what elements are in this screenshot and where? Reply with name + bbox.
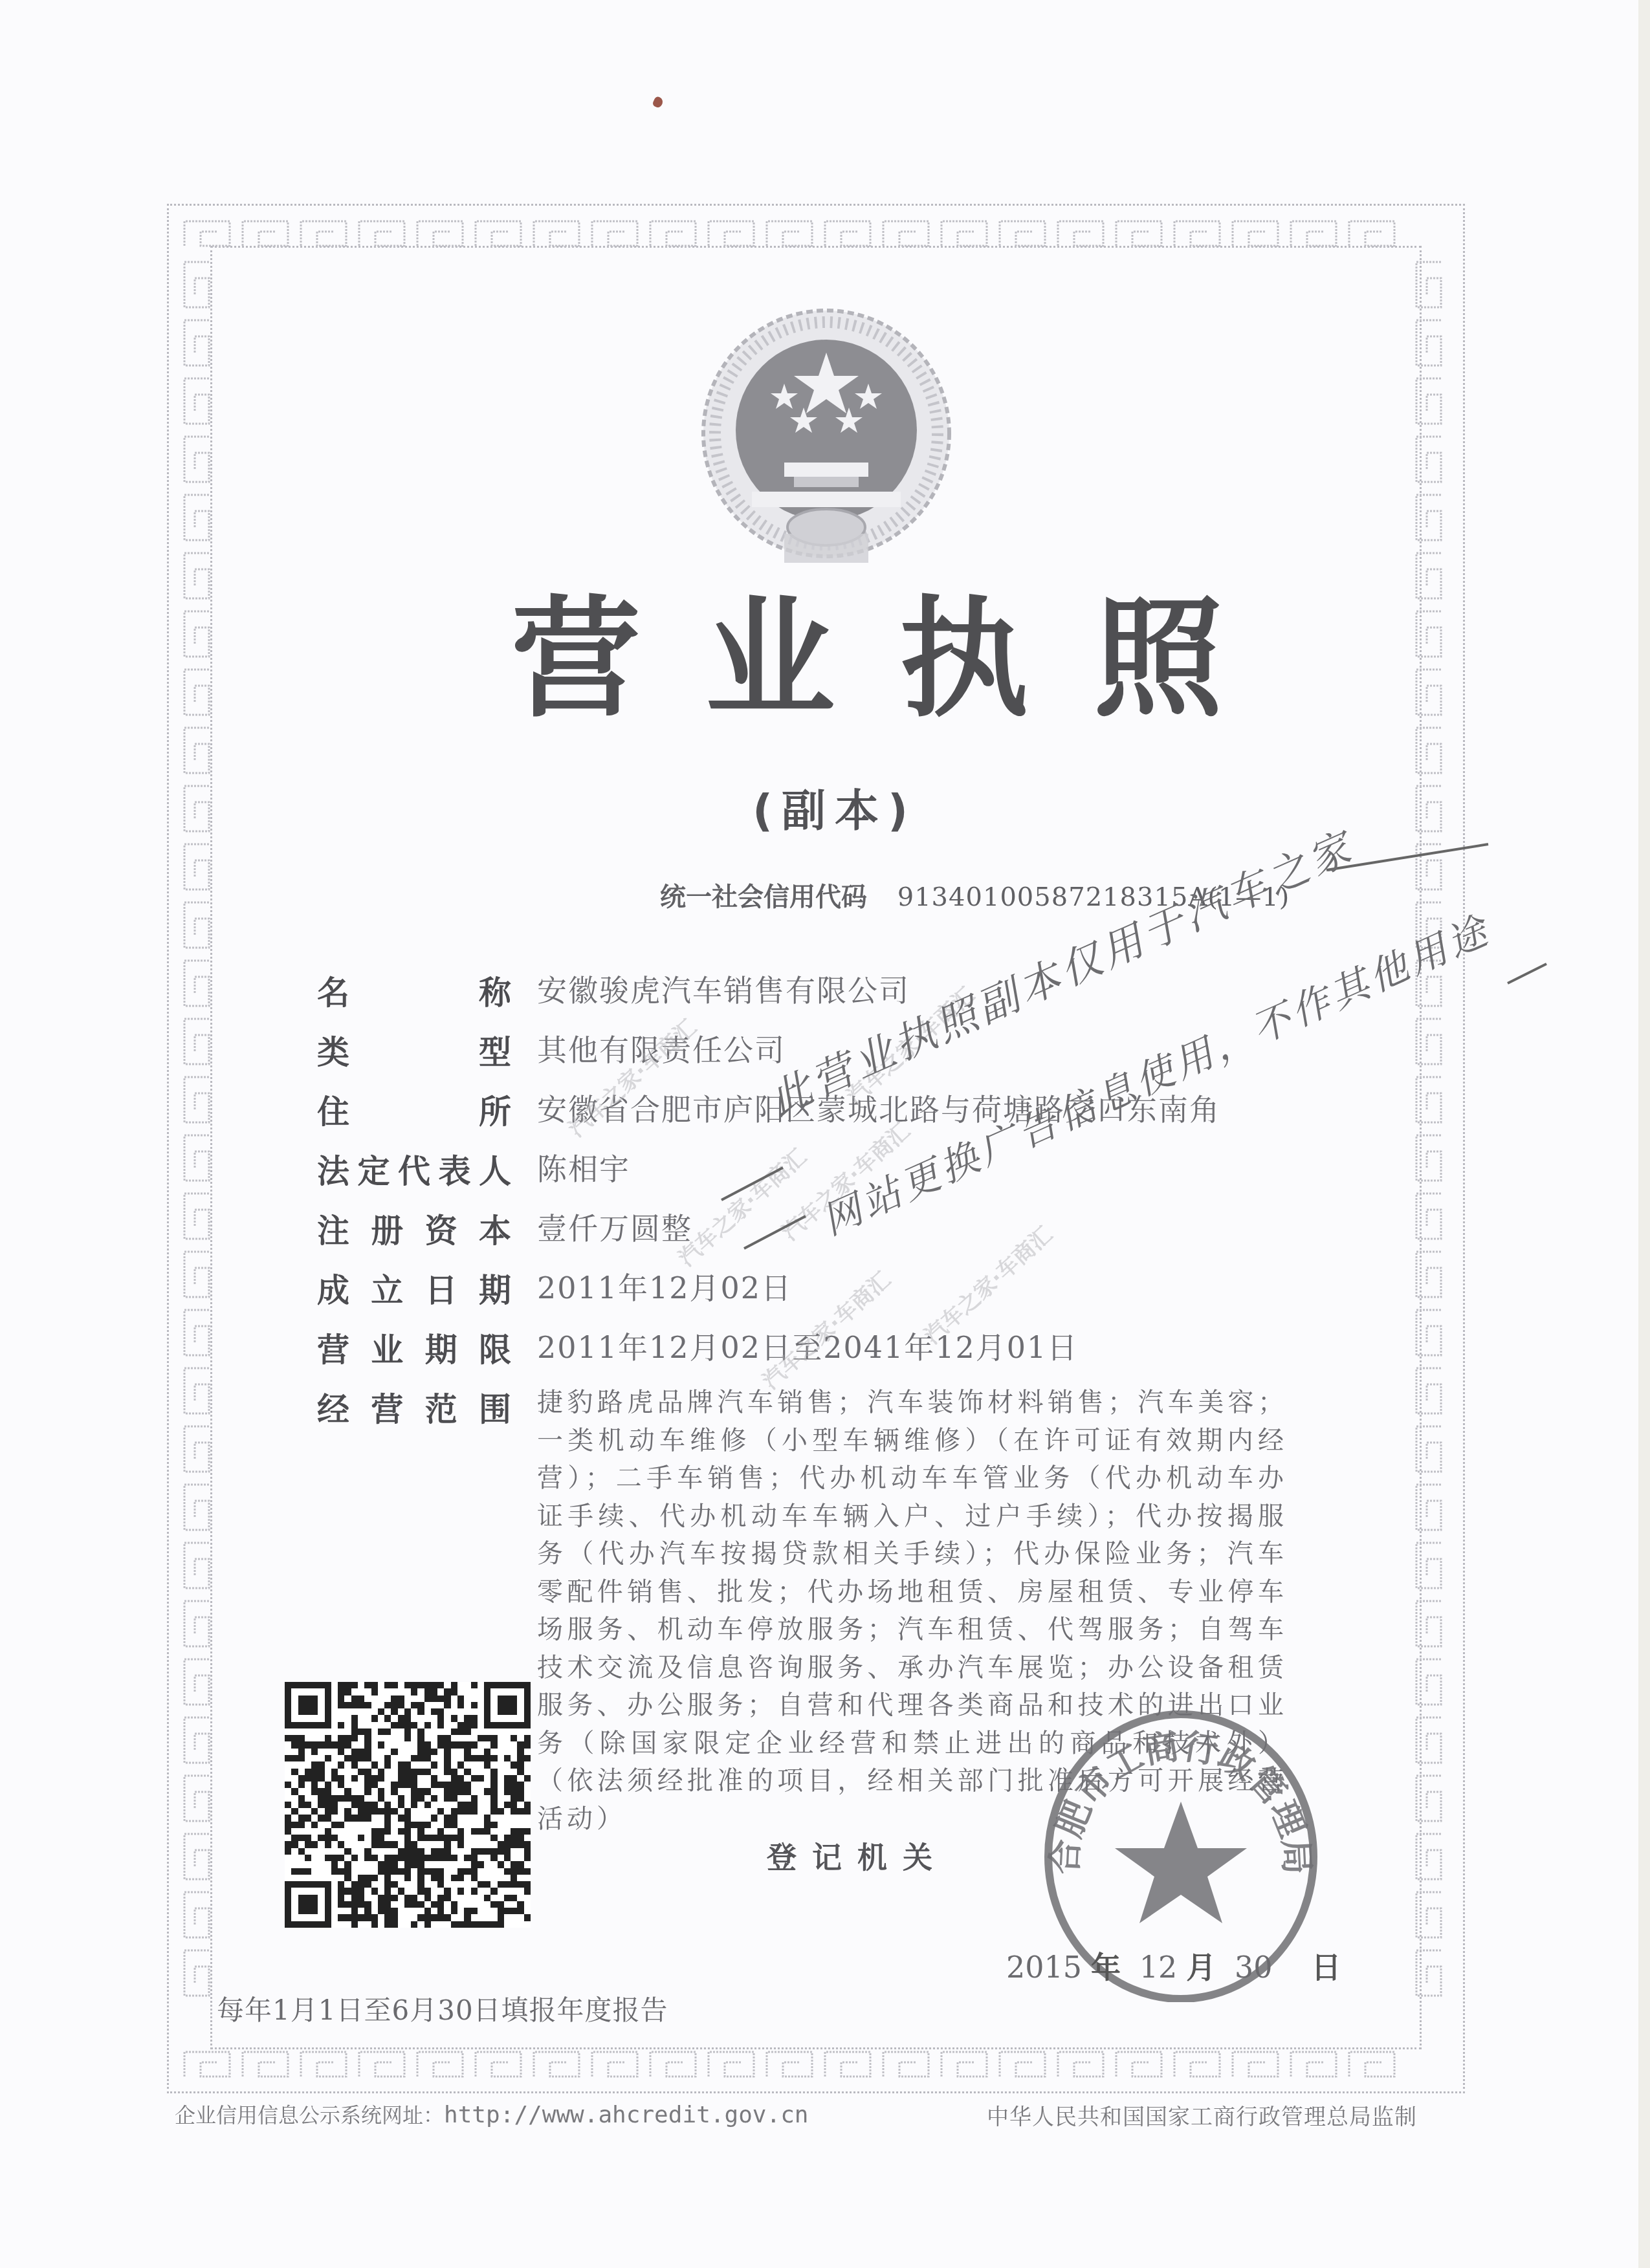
label-char: 资 <box>425 1205 457 1252</box>
footer-issuer: 中华人民共和国国家工商行政管理总局监制 <box>987 2099 1417 2131</box>
label-char: 类 <box>317 1027 349 1073</box>
label-char: 营 <box>371 1384 403 1430</box>
label-char: 成 <box>317 1265 349 1311</box>
label-char: 注 <box>317 1205 349 1252</box>
field-row-established: 成立日期 2011年12月02日 <box>317 1265 1288 1324</box>
issue-day: 30 <box>1235 1950 1273 1985</box>
field-label: 成立日期 <box>317 1265 511 1311</box>
label-char: 限 <box>479 1324 511 1371</box>
credit-code: 统一社会信用代码 91340100587218315A(1—1) <box>660 877 1290 913</box>
label-char: 所 <box>479 1086 511 1133</box>
field-row-name: 名称 安徽骏虎汽车销售有限公司 <box>317 967 1288 1027</box>
label-char: 业 <box>371 1324 403 1371</box>
label-char: 住 <box>317 1086 349 1133</box>
field-label: 名称 <box>317 967 511 1014</box>
field-label: 类型 <box>317 1027 511 1073</box>
field-row-capital: 注册资本 壹仟万圆整 <box>317 1205 1288 1265</box>
field-value-established: 2011年12月02日 <box>537 1265 792 1307</box>
issue-date: 2015年 12月 30日 <box>1006 1944 1350 1987</box>
label-char: 日 <box>425 1265 457 1311</box>
field-value-address: 安徽省合肥市庐阳区蒙城北路与荷塘路交口东南角 <box>537 1086 1220 1129</box>
label-char: 围 <box>479 1384 511 1430</box>
label-char: 营 <box>317 1324 349 1371</box>
document-subtitle: (副本) <box>673 776 996 839</box>
credit-code-label: 统一社会信用代码 <box>660 882 867 912</box>
label-char: 范 <box>425 1384 457 1430</box>
label-char: 型 <box>479 1027 511 1073</box>
label-char: 立 <box>371 1265 403 1311</box>
annual-report-note: 每年1月1日至6月30日填报年度报告 <box>217 1989 668 2028</box>
credit-code-value: 91340100587218315A(1—1) <box>897 882 1290 912</box>
qr-code-icon[interactable] <box>285 1682 531 1928</box>
field-label: 法定代表人 <box>317 1146 511 1192</box>
field-row-type: 类型 其他有限责任公司 <box>317 1027 1288 1086</box>
issue-month: 12 <box>1139 1950 1178 1985</box>
field-label: 经营范围 <box>317 1384 511 1430</box>
document-title: 营业执照 <box>414 595 1320 725</box>
field-value-company-type: 其他有限责任公司 <box>537 1027 786 1069</box>
footer-url-link[interactable]: http://www.ahcredit.gov.cn <box>444 2102 809 2128</box>
footer-credit-system: 企业信用信息公示系统网址：http://www.ahcredit.gov.cn <box>175 2099 809 2129</box>
field-label: 注册资本 <box>317 1205 511 1252</box>
issue-year: 2015 <box>1006 1950 1082 1985</box>
label-char: 经 <box>317 1384 349 1430</box>
page-edge <box>1638 0 1650 2268</box>
field-value-business-scope: 捷豹路虎品牌汽车销售；汽车装饰材料销售；汽车美容；一类机动车维修（小型车辆维修）… <box>537 1384 1288 1838</box>
field-row-term: 营业期限 2011年12月02日至2041年12月01日 <box>317 1324 1288 1384</box>
label-char: 定 <box>358 1146 390 1192</box>
field-value-company-name: 安徽骏虎汽车销售有限公司 <box>537 967 910 1010</box>
label-char: 名 <box>317 967 349 1014</box>
field-value-legal-rep: 陈相宇 <box>537 1146 630 1188</box>
label-char: 期 <box>479 1265 511 1311</box>
field-label: 营业期限 <box>317 1324 511 1371</box>
ink-speck <box>652 96 664 109</box>
unit-month: 月 <box>1186 1950 1216 1985</box>
label-char: 本 <box>479 1205 511 1252</box>
label-char: 期 <box>425 1324 457 1371</box>
field-value-term: 2011年12月02日至2041年12月01日 <box>537 1324 1078 1367</box>
registration-authority-label: 登记机关 <box>767 1834 948 1877</box>
field-row-legal-rep: 法定代表人 陈相宇 <box>317 1146 1288 1205</box>
unit-year: 年 <box>1091 1950 1121 1985</box>
label-char: 册 <box>371 1205 403 1252</box>
label-char: 称 <box>479 967 511 1014</box>
field-label: 住所 <box>317 1086 511 1133</box>
unit-day: 日 <box>1311 1950 1341 1985</box>
label-char: 法 <box>317 1146 349 1192</box>
label-char: 表 <box>439 1146 471 1192</box>
field-row-address: 住所 安徽省合肥市庐阳区蒙城北路与荷塘路交口东南角 <box>317 1086 1288 1146</box>
label-char: 人 <box>479 1146 511 1192</box>
field-value-capital: 壹仟万圆整 <box>537 1205 692 1248</box>
label-char: 代 <box>398 1146 430 1192</box>
national-emblem-icon <box>687 307 965 572</box>
footer-label: 企业信用信息公示系统网址： <box>175 2103 444 2128</box>
